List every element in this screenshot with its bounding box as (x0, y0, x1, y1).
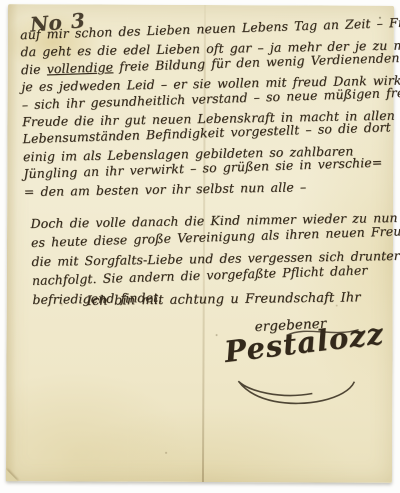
signature-flourish (234, 377, 364, 412)
corner-fold (6, 469, 18, 481)
underlined-word: vollendige (46, 59, 113, 76)
paragraph-1: auf mir schon des Lieben neuen Lebens Ta… (20, 16, 400, 200)
letter-body: auf mir schon des Lieben neuen Lebens Ta… (20, 16, 400, 200)
paper-sheet: No 3 auf mir schon des Lieben neuen Lebe… (6, 4, 394, 483)
scanned-letter: No 3 auf mir schon des Lieben neuen Lebe… (0, 0, 400, 493)
closing-line: Ich bin mit achtung u Freundschaft Ihr (87, 290, 361, 309)
line-text: die (21, 61, 47, 77)
